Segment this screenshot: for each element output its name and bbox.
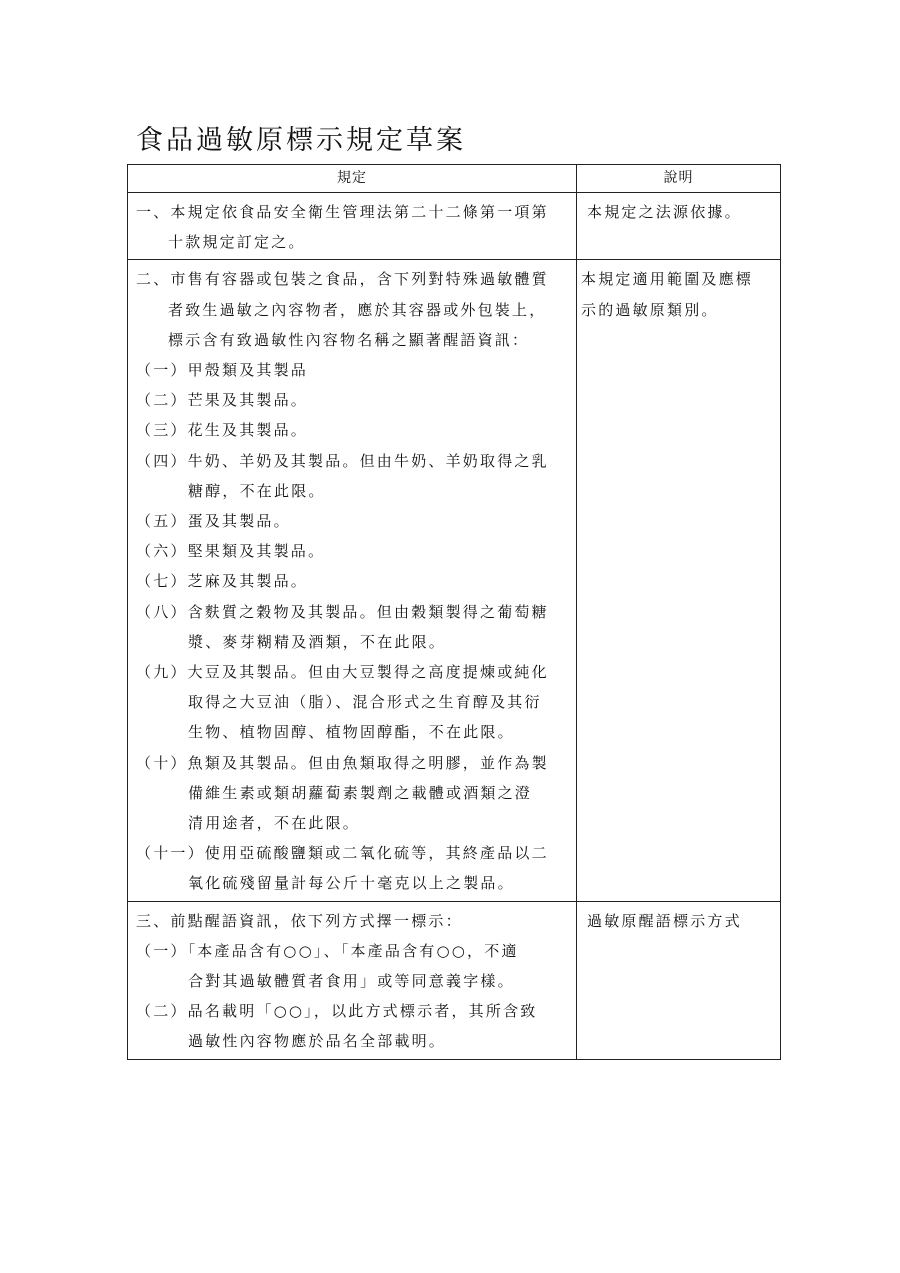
document-title: 食品過敏原標示規定草案 bbox=[136, 118, 466, 157]
regulation-line: 過敏性內容物應於品名全部載明。 bbox=[136, 1026, 570, 1056]
explanation-line: 本規定之法源依據。 bbox=[587, 197, 776, 227]
regulation-line: 二、市售有容器或包裝之食品，含下列對特殊過敏體質 bbox=[136, 264, 570, 294]
regulation-line: （八）含麩質之穀物及其製品。但由穀類製得之葡萄糖 bbox=[136, 597, 570, 627]
regulation-cell: 三、前點醒語資訊，依下列方式擇一標示：（一）「本產品含有○○」、「本產品含有○○… bbox=[128, 901, 577, 1059]
regulation-line: （六）堅果類及其製品。 bbox=[136, 536, 570, 566]
regulation-line: 氧化硫殘留量計每公斤十毫克以上之製品。 bbox=[136, 868, 570, 898]
table-header-row: 規定 說明 bbox=[128, 165, 781, 193]
regulation-line: （三）花生及其製品。 bbox=[136, 415, 570, 445]
regulation-line: 取得之大豆油（脂）、混合形式之生育醇及其衍 bbox=[136, 687, 570, 717]
table-row: 二、市售有容器或包裝之食品，含下列對特殊過敏體質者致生過敏之內容物者，應於其容器… bbox=[128, 260, 781, 901]
regulation-line: （一）甲殼類及其製品 bbox=[136, 355, 570, 385]
regulation-cell: 二、市售有容器或包裝之食品，含下列對特殊過敏體質者致生過敏之內容物者，應於其容器… bbox=[128, 260, 577, 901]
explanation-line: 本規定適用範圍及應標 bbox=[581, 264, 776, 294]
regulation-line: （九）大豆及其製品。但由大豆製得之高度提煉或純化 bbox=[136, 657, 570, 687]
header-explanation: 說明 bbox=[577, 165, 781, 193]
explanation-cell: 本規定適用範圍及應標示的過敏原類別。 bbox=[577, 260, 781, 901]
header-regulation: 規定 bbox=[128, 165, 577, 193]
regulation-line: （十一）使用亞硫酸鹽類或二氧化硫等，其終產品以二 bbox=[136, 838, 570, 868]
regulation-line: 備維生素或類胡蘿蔔素製劑之載體或酒類之澄 bbox=[136, 778, 570, 808]
regulation-line: 三、前點醒語資訊，依下列方式擇一標示： bbox=[136, 906, 570, 936]
explanation-cell: 本規定之法源依據。 bbox=[577, 193, 781, 260]
explanation-line: 過敏原醒語標示方式 bbox=[587, 906, 776, 936]
regulation-line: 合對其過敏體質者食用」或等同意義字樣。 bbox=[136, 966, 570, 996]
regulation-line: （十）魚類及其製品。但由魚類取得之明膠，並作為製 bbox=[136, 748, 570, 778]
regulation-line: 漿、麥芽糊精及酒類，不在此限。 bbox=[136, 627, 570, 657]
table-row: 一、本規定依食品安全衛生管理法第二十二條第一項第十款規定訂定之。本規定之法源依據… bbox=[128, 193, 781, 260]
regulation-line: 清用途者，不在此限。 bbox=[136, 808, 570, 838]
regulation-line: （二）品名載明「○○」，以此方式標示者，其所含致 bbox=[136, 996, 570, 1026]
regulation-line: 糖醇，不在此限。 bbox=[136, 476, 570, 506]
regulation-line: （二）芒果及其製品。 bbox=[136, 385, 570, 415]
regulation-cell: 一、本規定依食品安全衛生管理法第二十二條第一項第十款規定訂定之。 bbox=[128, 193, 577, 260]
explanation-cell: 過敏原醒語標示方式 bbox=[577, 901, 781, 1059]
regulation-line: 一、本規定依食品安全衛生管理法第二十二條第一項第 bbox=[136, 197, 570, 227]
table-row: 三、前點醒語資訊，依下列方式擇一標示：（一）「本產品含有○○」、「本產品含有○○… bbox=[128, 901, 781, 1059]
regulation-line: 生物、植物固醇、植物固醇酯，不在此限。 bbox=[136, 717, 570, 747]
regulation-line: 十款規定訂定之。 bbox=[136, 227, 570, 257]
regulation-line: （七）芝麻及其製品。 bbox=[136, 566, 570, 596]
regulation-table: 規定 說明 一、本規定依食品安全衛生管理法第二十二條第一項第十款規定訂定之。本規… bbox=[127, 164, 781, 1060]
regulation-line: 標示含有致過敏性內容物名稱之顯著醒語資訊： bbox=[136, 325, 570, 355]
regulation-line: （五）蛋及其製品。 bbox=[136, 506, 570, 536]
regulation-line: 者致生過敏之內容物者，應於其容器或外包裝上， bbox=[136, 295, 570, 325]
regulation-line: （四）牛奶、羊奶及其製品。但由牛奶、羊奶取得之乳 bbox=[136, 446, 570, 476]
regulation-line: （一）「本產品含有○○」、「本產品含有○○，不適 bbox=[136, 936, 570, 966]
explanation-line: 示的過敏原類別。 bbox=[581, 295, 776, 325]
